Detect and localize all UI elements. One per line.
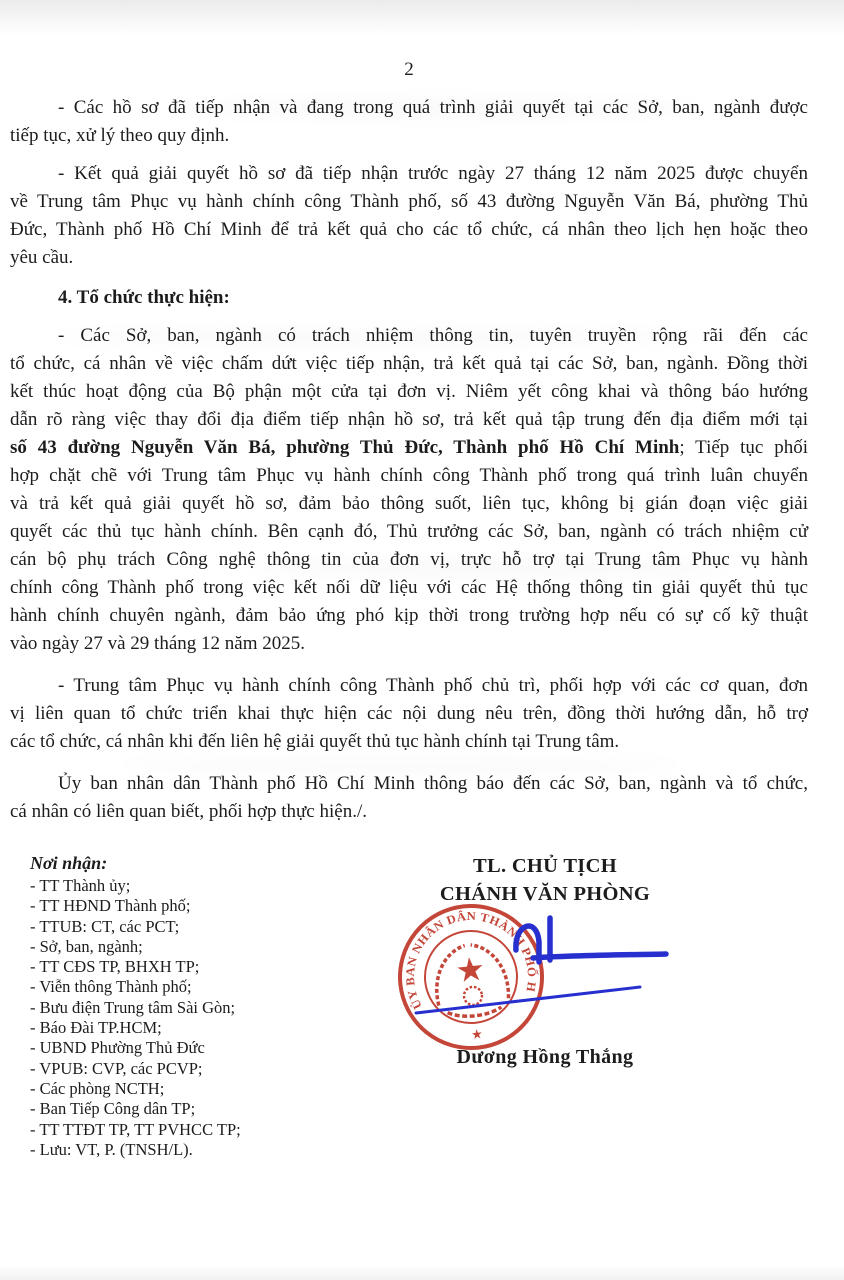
bottom-scan-band xyxy=(0,1266,844,1280)
recipient-item: - VPUB: CVP, các PCVP; xyxy=(30,1059,375,1079)
paragraph: - Các hồ sơ đã tiếp nhận và đang trong q… xyxy=(10,94,808,150)
recipients-block: Nơi nhận: - TT Thành ủy;- TT HĐND Thành … xyxy=(30,852,375,1160)
star-icon: ★ xyxy=(453,949,487,991)
text-line: số 43 đường Nguyễn Văn Bá, phường Thủ Đứ… xyxy=(10,434,808,462)
document-footer: Nơi nhận: - TT Thành ủy;- TT HĐND Thành … xyxy=(0,852,844,1272)
text-line: tổ chức, cá nhân về việc chấm dứt việc t… xyxy=(10,350,808,378)
recipient-item: - TT TTĐT TP, TT PVHCC TP; xyxy=(30,1120,375,1140)
recipients-list: - TT Thành ủy;- TT HĐND Thành phố;- TTUB… xyxy=(30,876,375,1160)
text-line: và trả kết quả giải quyết hồ sơ, đảm bảo… xyxy=(10,490,808,518)
paragraph: - Các Sở, ban, ngành có trách nhiệm thôn… xyxy=(10,322,808,658)
text-line: Đức, Thành phố Hồ Chí Minh để trả kết qu… xyxy=(10,216,808,244)
text-line: hợp chặt chẽ với Trung tâm Phục vụ hành … xyxy=(10,462,808,490)
recipient-item: - UBND Phường Thủ Đức xyxy=(30,1038,375,1058)
text-line: cán bộ phụ trách Công nghệ thông tin của… xyxy=(10,546,808,574)
recipient-item: - TTUB: CT, các PCT; xyxy=(30,917,375,937)
signature-block: TL. CHỦ TỊCH CHÁNH VĂN PHÒNG Dương Hồng … xyxy=(375,852,715,908)
text-line: vị liên quan tổ chức triển khai thực hiệ… xyxy=(10,700,808,728)
text-line: cá nhân có liên quan biết, phối hợp thực… xyxy=(10,798,808,826)
signer-name: Dương Hồng Thắng xyxy=(375,1046,715,1069)
paragraph: - Kết quả giải quyết hồ sơ đã tiếp nhận … xyxy=(10,160,808,272)
official-seal: ★ ỦY BAN NHÂN DÂN THÀNH PHỐ HỒ CHÍ MINH … xyxy=(389,895,554,1060)
text-line: các tổ chức, cá nhân khi đến liên hệ giả… xyxy=(10,728,808,756)
text-line: vào ngày 27 và 29 tháng 12 năm 2025. xyxy=(10,630,808,658)
page-number: 2 xyxy=(10,56,808,84)
text-line: - Trung tâm Phục vụ hành chính công Thàn… xyxy=(10,672,808,700)
text-line: về Trung tâm Phục vụ hành chính công Thà… xyxy=(10,188,808,216)
text-line: hành chính chuyên ngành, đảm bảo ứng phó… xyxy=(10,602,808,630)
text-line: 4. Tổ chức thực hiện: xyxy=(10,284,808,312)
recipient-item: - Lưu: VT, P. (TNSH/L). xyxy=(30,1140,375,1160)
text-line: chính công Thành phố trong việc kết nối … xyxy=(10,574,808,602)
recipient-item: - Các phòng NCTH; xyxy=(30,1079,375,1099)
recipient-item: - Bưu điện Trung tâm Sài Gòn; xyxy=(30,998,375,1018)
text-line: tiếp tục, xử lý theo quy định. xyxy=(10,122,808,150)
text-line: kết thúc hoạt động của Bộ phận một cửa t… xyxy=(10,378,808,406)
recipient-item: - TT Thành ủy; xyxy=(30,876,375,896)
recipient-item: - TT HĐND Thành phố; xyxy=(30,896,375,916)
recipient-item: - Sở, ban, ngành; xyxy=(30,937,375,957)
text-line: quyết các thủ tục hành chính. Bên cạnh đ… xyxy=(10,518,808,546)
top-scan-band xyxy=(0,0,844,36)
scanned-document-page: 2 - Các hồ sơ đã tiếp nhận và đang trong… xyxy=(0,0,844,1280)
paragraph: - Trung tâm Phục vụ hành chính công Thàn… xyxy=(10,672,808,756)
recipient-item: - Báo Đài TP.HCM; xyxy=(30,1018,375,1038)
signature-title-line2: CHÁNH VĂN PHÒNG xyxy=(375,880,715,908)
section-heading: 4. Tổ chức thực hiện: xyxy=(10,284,808,312)
recipient-item: - Viễn thông Thành phố; xyxy=(30,977,375,997)
recipient-item: - Ban Tiếp Công dân TP; xyxy=(30,1099,375,1119)
signature-title-line1: TL. CHỦ TỊCH xyxy=(375,852,715,880)
document-body: - Các hồ sơ đã tiếp nhận và đang trong q… xyxy=(10,94,808,826)
text-line: - Kết quả giải quyết hồ sơ đã tiếp nhận … xyxy=(10,160,808,188)
text-line: - Các Sở, ban, ngành có trách nhiệm thôn… xyxy=(10,322,808,350)
text-line: dẫn rõ ràng việc thay đổi địa điểm tiếp … xyxy=(10,406,808,434)
text-line: yêu cầu. xyxy=(10,244,808,272)
recipient-item: - TT CĐS TP, BHXH TP; xyxy=(30,957,375,977)
recipients-title: Nơi nhận: xyxy=(30,852,375,874)
text-line: - Các hồ sơ đã tiếp nhận và đang trong q… xyxy=(10,94,808,122)
paragraph: Ủy ban nhân dân Thành phố Hồ Chí Minh th… xyxy=(10,770,808,826)
seal-bottom-star-icon: ★ xyxy=(471,1027,484,1043)
text-line: Ủy ban nhân dân Thành phố Hồ Chí Minh th… xyxy=(10,770,808,798)
